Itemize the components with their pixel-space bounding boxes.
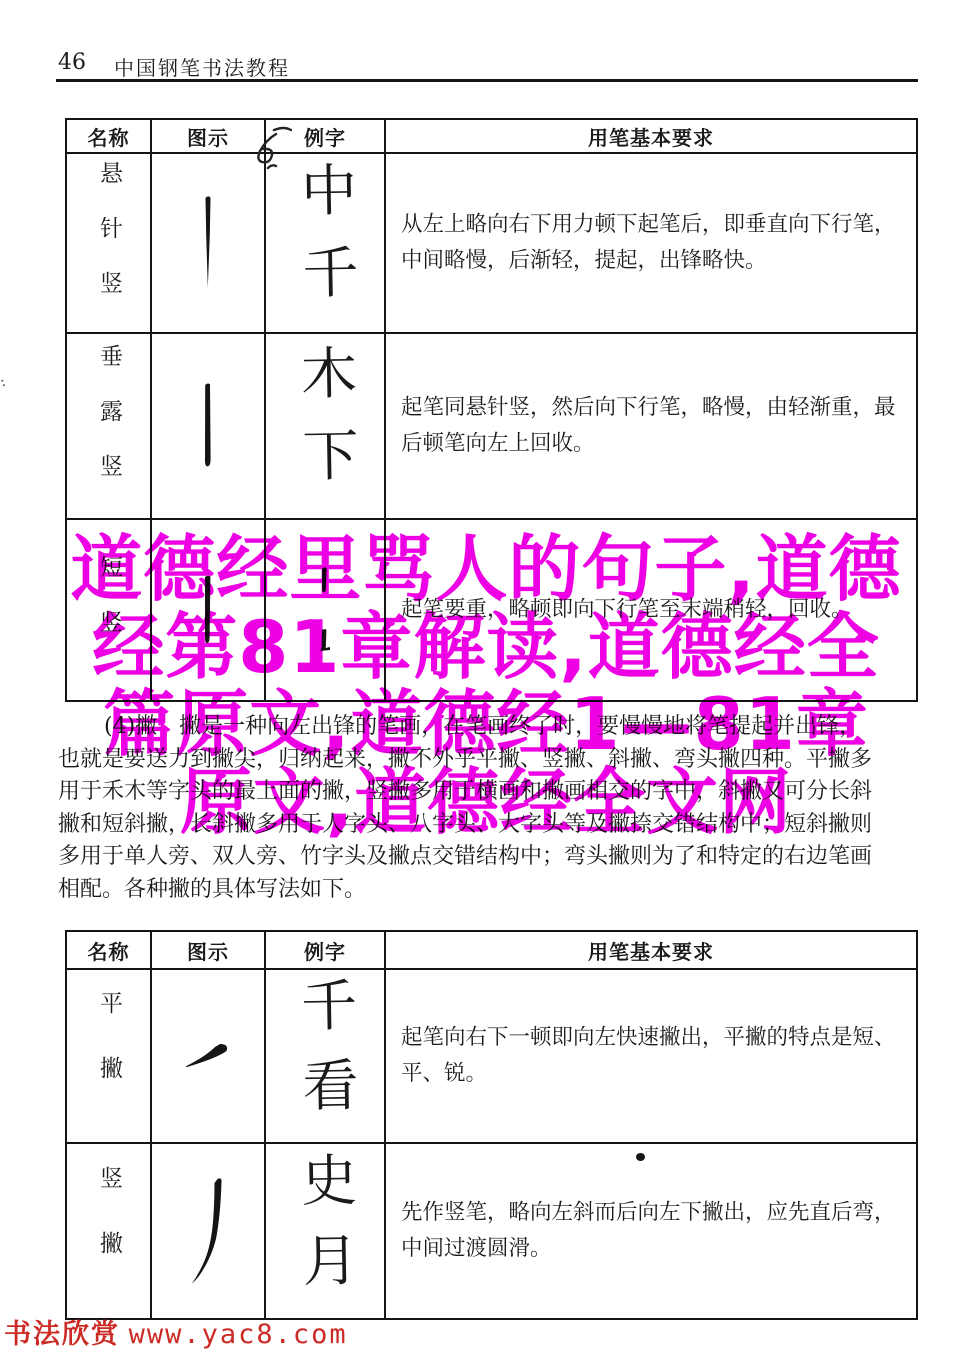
table-row-cell-requirement: 起笔要重，略顿即向下行笔至末端稍轻，回收。 (386, 520, 916, 700)
requirement-text: 起笔向右下一顿即向左快速撇出，平撇的特点是短、平、锐。 (386, 1012, 916, 1100)
column-header-requirements: 用笔基本要求 (386, 932, 916, 970)
body-paragraph: (4)撇 撇是一种向左出锋的笔画，在笔画终了时，要慢慢地将笔提起并出锋， 也就是… (58, 711, 924, 907)
table-row-cell-examples: 木下 (266, 334, 386, 520)
table-row-cell-illustration (152, 970, 266, 1144)
table-row-cell-examples: 史月 (266, 1144, 386, 1318)
short-vertical-stroke-icon (202, 574, 214, 646)
suspended-needle-stroke-icon (202, 195, 214, 291)
column-header-illustration: 图示 (152, 932, 266, 970)
stroke-name: 垂露竖 (97, 344, 120, 509)
paragraph-line: 相配。各种撇的具体写法如下。 (58, 874, 924, 907)
example-characters: 史月 (296, 1151, 355, 1312)
paragraph-line: (4)撇 撇是一种向左出锋的笔画，在笔画终了时，要慢慢地将笔提起并出锋， (58, 711, 924, 744)
paragraph-line: 撇和短斜撇，长斜撇多用于人字头、八字头、大字头等及撇捺交错结构中；短斜撇则 (58, 809, 924, 842)
table-row-cell-examples: 中千 (266, 154, 386, 334)
site-watermark: 书法欣赏 www.yac8.com (4, 1312, 348, 1351)
column-header-name: 名称 (67, 120, 152, 154)
example-characters: 木下 (296, 344, 355, 509)
ink-dot-artifact (636, 1153, 645, 1161)
dew-drop-stroke-icon (202, 382, 214, 470)
vertical-left-falling-stroke-icon (191, 1177, 225, 1285)
example-characters: 中千 (296, 161, 355, 326)
stroke-name: 短竖 (97, 555, 120, 665)
stroke-name: 竖撇 (97, 1166, 120, 1296)
header-rule (56, 79, 918, 82)
stroke-table-pie: 名称 图示 例字 用笔基本要求 平撇 千看 起笔向右下一顿即向左快速撇出，平撇的… (65, 930, 918, 1320)
table-row-cell-requirement: 起笔向右下一顿即向左快速撇出，平撇的特点是短、平、锐。 (386, 970, 916, 1144)
watermark-site-name: 书法欣赏 (4, 1319, 120, 1350)
table-row-cell-illustration (152, 1144, 266, 1318)
watermark-url: www.yac8.com (129, 1319, 348, 1350)
stroke-table-vertical: 名称 图示 例字 用笔基本要求 悬针竖 中千 从左上略向右下用力顿下起笔后，即垂… (65, 118, 918, 702)
paragraph-line: 多用于单人旁、双人旁、竹字头及撇点交错结构中；弯头撇则为了和特定的右边笔画 (58, 841, 924, 874)
table-row-cell-examples (266, 520, 386, 700)
column-header-examples: 例字 (266, 932, 386, 970)
requirement-text: 从左上略向右下用力顿下起笔后，即垂直向下行笔，中间略慢，后渐轻，提起，出锋略快。 (386, 199, 916, 287)
table-row-cell-examples: 千看 (266, 970, 386, 1144)
paragraph-line: 也就是要送力到撇尖，归纳起来，撇不外乎平撇、竖撇、斜撇、弯头撇四种。平撇多 (58, 744, 924, 777)
example-characters: 千看 (296, 976, 355, 1137)
table-row-cell-name: 竖撇 (67, 1144, 152, 1318)
scanned-textbook-page: 46 中国钢笔书法教程 ·· 名称 图示 例字 用笔基本要求 悬针竖 中千 从左… (0, 0, 972, 1363)
table-row-cell-name: 垂露竖 (67, 334, 152, 520)
page-number: 46 (58, 50, 86, 75)
margin-dots-artifact: ·· (0, 375, 13, 390)
column-header-requirements: 用笔基本要求 (386, 120, 916, 154)
flat-left-falling-stroke-icon (184, 1043, 232, 1069)
table-row-cell-requirement: 起笔同悬针竖，然后向下行笔，略慢，由轻渐重，最后顿笔向左上回收。 (386, 334, 916, 520)
table-row-cell-illustration (152, 154, 266, 334)
table-row-cell-name: 短竖 (67, 520, 152, 700)
table-row-cell-name: 悬针竖 (67, 154, 152, 334)
table-row-cell-requirement: 从左上略向右下用力顿下起笔后，即垂直向下行笔，中间略慢，后渐轻，提起，出锋略快。 (386, 154, 916, 334)
book-title: 中国钢笔书法教程 (114, 52, 290, 81)
table-row-cell-name: 平撇 (67, 970, 152, 1144)
stroke-name: 平撇 (97, 991, 120, 1121)
requirement-text: 起笔同悬针竖，然后向下行笔，略慢，由轻渐重，最后顿笔向左上回收。 (386, 382, 916, 470)
requirement-text: 先作竖笔，略向左斜而后向左下撇出，应先直后弯，中间过渡圆滑。 (386, 1187, 916, 1275)
table-row-cell-requirement: 先作竖笔，略向左斜而后向左下撇出，应先直后弯，中间过渡圆滑。 (386, 1144, 916, 1318)
requirement-text: 起笔要重，略顿即向下行笔至末端稍轻，回收。 (386, 584, 869, 636)
stroke-name: 悬针竖 (97, 161, 120, 326)
short-stroke-mark-icon (318, 628, 332, 654)
column-header-name: 名称 (67, 932, 152, 970)
paragraph-line: 用于禾木等字头的最上面的撇，竖撇多用于横画和撇画相交的字中，斜撇又可分长斜 (58, 776, 924, 809)
example-stroke-marks (318, 566, 332, 654)
table-row-cell-illustration (152, 520, 266, 700)
table-row-cell-illustration (152, 334, 266, 520)
pen-scribble-mark (246, 124, 292, 176)
short-stroke-mark-icon (319, 566, 331, 594)
